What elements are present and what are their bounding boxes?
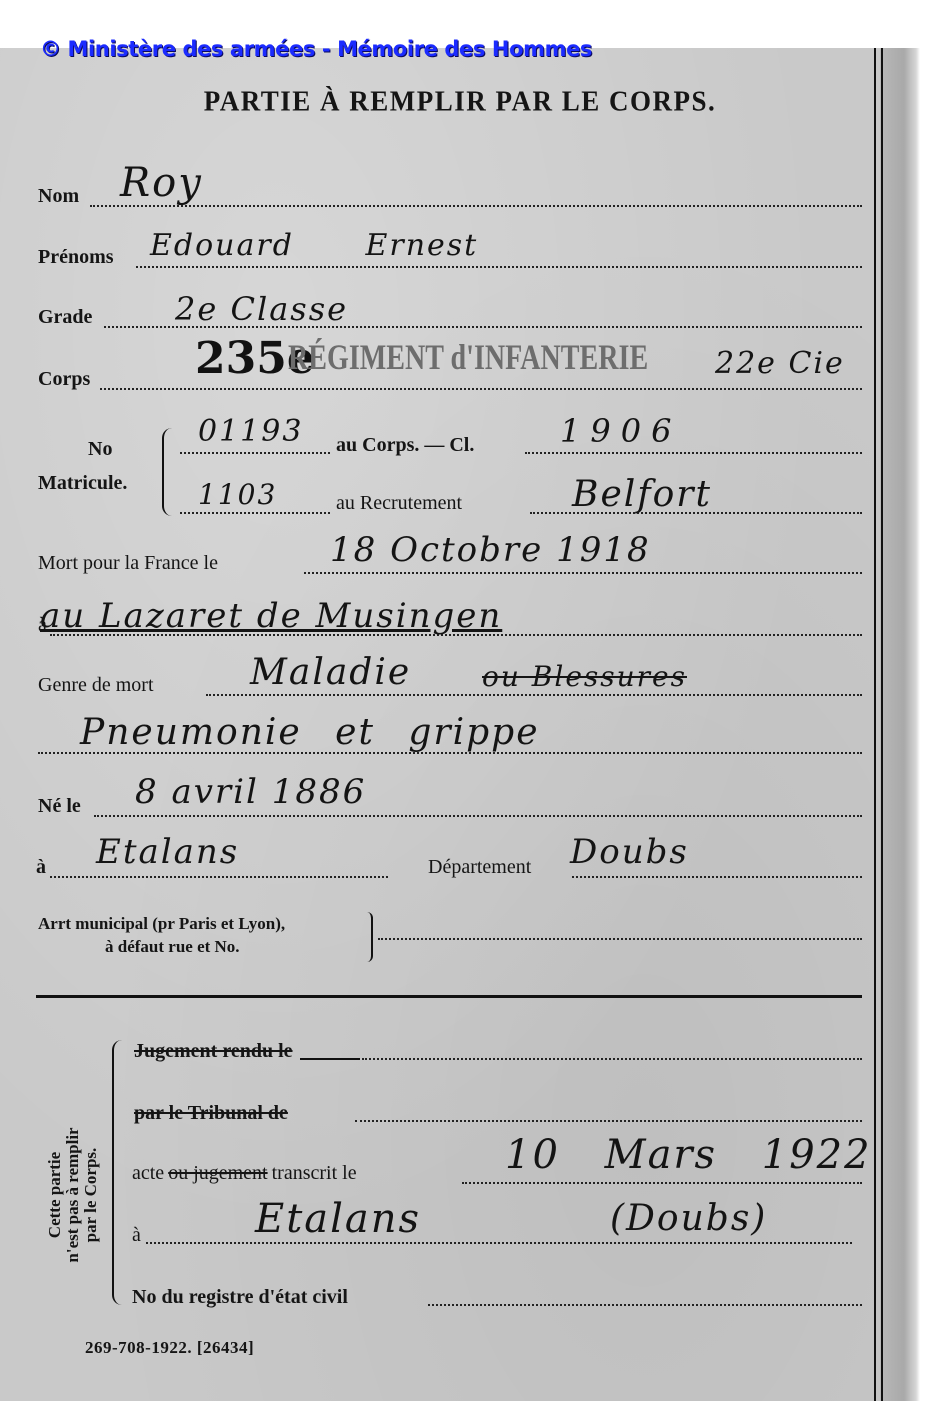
margin-rule [881, 48, 883, 1401]
jugement-label: Jugement rendu le [134, 1040, 293, 1063]
jugement-strike-tail [300, 1058, 360, 1060]
corps-label: Corps [38, 368, 90, 391]
arrondissement-label-line1: Arrt municipal (pr Paris et Lyon), [38, 914, 285, 934]
genre-mort-detail: Pneumonie et grippe [80, 712, 540, 753]
classe-line [525, 452, 862, 454]
jugement-line [362, 1058, 862, 1060]
naissance-line [94, 815, 862, 817]
departement-line [572, 876, 862, 878]
arrondissement-label-line2: à défaut rue et No. [105, 937, 240, 957]
recrutement-number: 1103 [198, 478, 277, 511]
prenoms-line [136, 266, 862, 268]
registre-line [428, 1304, 862, 1306]
matricule-no-label: No [88, 438, 112, 461]
naissance-label: Né le [38, 795, 81, 818]
copyright-watermark: © Ministère des armées - Mémoire des Hom… [40, 37, 592, 61]
side-note-line1: Cette partie [46, 1075, 64, 1315]
side-note-line2: n'est pas à remplir [64, 1075, 82, 1315]
lieu-mort-value: au Lazaret de Musingen [40, 596, 502, 636]
recrutement-label: au Recrutement [336, 492, 462, 515]
transcrit-label-struck: ou jugement [168, 1162, 267, 1184]
genre-mort-value: Maladie [250, 652, 411, 693]
mort-date-value: 18 Octobre 1918 [330, 530, 651, 570]
transcrit-line [462, 1182, 862, 1184]
grade-value: 2e Classe [175, 290, 348, 328]
genre-mort-label: Genre de mort [38, 674, 154, 697]
arrondissement-line [378, 938, 862, 940]
side-note: Cette partie n'est pas à remplir par le … [28, 1075, 118, 1315]
matricule-corps-number: 01193 [198, 414, 303, 449]
tribunal-line [355, 1120, 862, 1122]
matricule-brace [162, 428, 174, 516]
civil-departement-value: (Doubs) [610, 1198, 767, 1239]
matricule-corps-line [180, 452, 330, 454]
registre-label: No du registre d'état civil [132, 1286, 348, 1309]
transcrit-date-value: 10 Mars 1922 [505, 1132, 872, 1178]
nom-label: Nom [38, 185, 79, 208]
corps-line [100, 388, 862, 390]
lieu-naissance-label: à [36, 856, 46, 879]
arrondissement-brace [367, 912, 373, 962]
departement-label: Département [428, 856, 531, 879]
civil-lieu-value: Etalans [255, 1196, 421, 1242]
genre-mort-line [206, 694, 862, 696]
section-divider [36, 995, 862, 998]
mort-line [304, 572, 862, 574]
transcrit-label: acte ou jugement transcrit le [132, 1162, 357, 1185]
mort-label: Mort pour la France le [38, 552, 218, 575]
paper-edge [880, 48, 920, 1401]
side-note-line3: par le Corps. [82, 1075, 100, 1315]
form-heading: PARTIE À REMPLIR PAR LE CORPS. [0, 85, 920, 118]
corps-stamp-text: RÉGIMENT d'INFANTERIE [288, 336, 648, 378]
civil-lieu-label: à [132, 1224, 141, 1247]
civil-section-brace [112, 1040, 124, 1305]
lieu-naissance-value: Etalans [96, 832, 239, 872]
recrutement-value: Belfort [572, 474, 712, 515]
lieu-naissance-line [50, 876, 388, 878]
margin-rule [874, 48, 876, 1401]
recrutement-number-line [180, 512, 330, 514]
classe-value: 1906 [560, 412, 681, 450]
civil-lieu-line [146, 1242, 852, 1244]
matricule-label: Matricule. [38, 472, 127, 495]
genre-mort-struck-value: ou Blessures [482, 660, 687, 693]
prenoms-label: Prénoms [38, 246, 114, 269]
prenoms-value: Edouard Ernest [150, 228, 478, 263]
print-reference-code: 269-708-1922. [26434] [85, 1338, 254, 1358]
matricule-corps-label: au Corps. — Cl. [336, 434, 474, 457]
departement-value: Doubs [570, 832, 689, 872]
transcrit-label-pre: acte [132, 1162, 164, 1184]
transcrit-label-post: transcrit le [272, 1162, 357, 1184]
nom-line [90, 205, 862, 207]
tribunal-label: par le Tribunal de [134, 1102, 288, 1125]
corps-company-value: 22e Cie [715, 346, 845, 381]
grade-label: Grade [38, 306, 92, 329]
naissance-value: 8 avril 1886 [135, 772, 366, 812]
nom-value: Roy [120, 160, 203, 206]
